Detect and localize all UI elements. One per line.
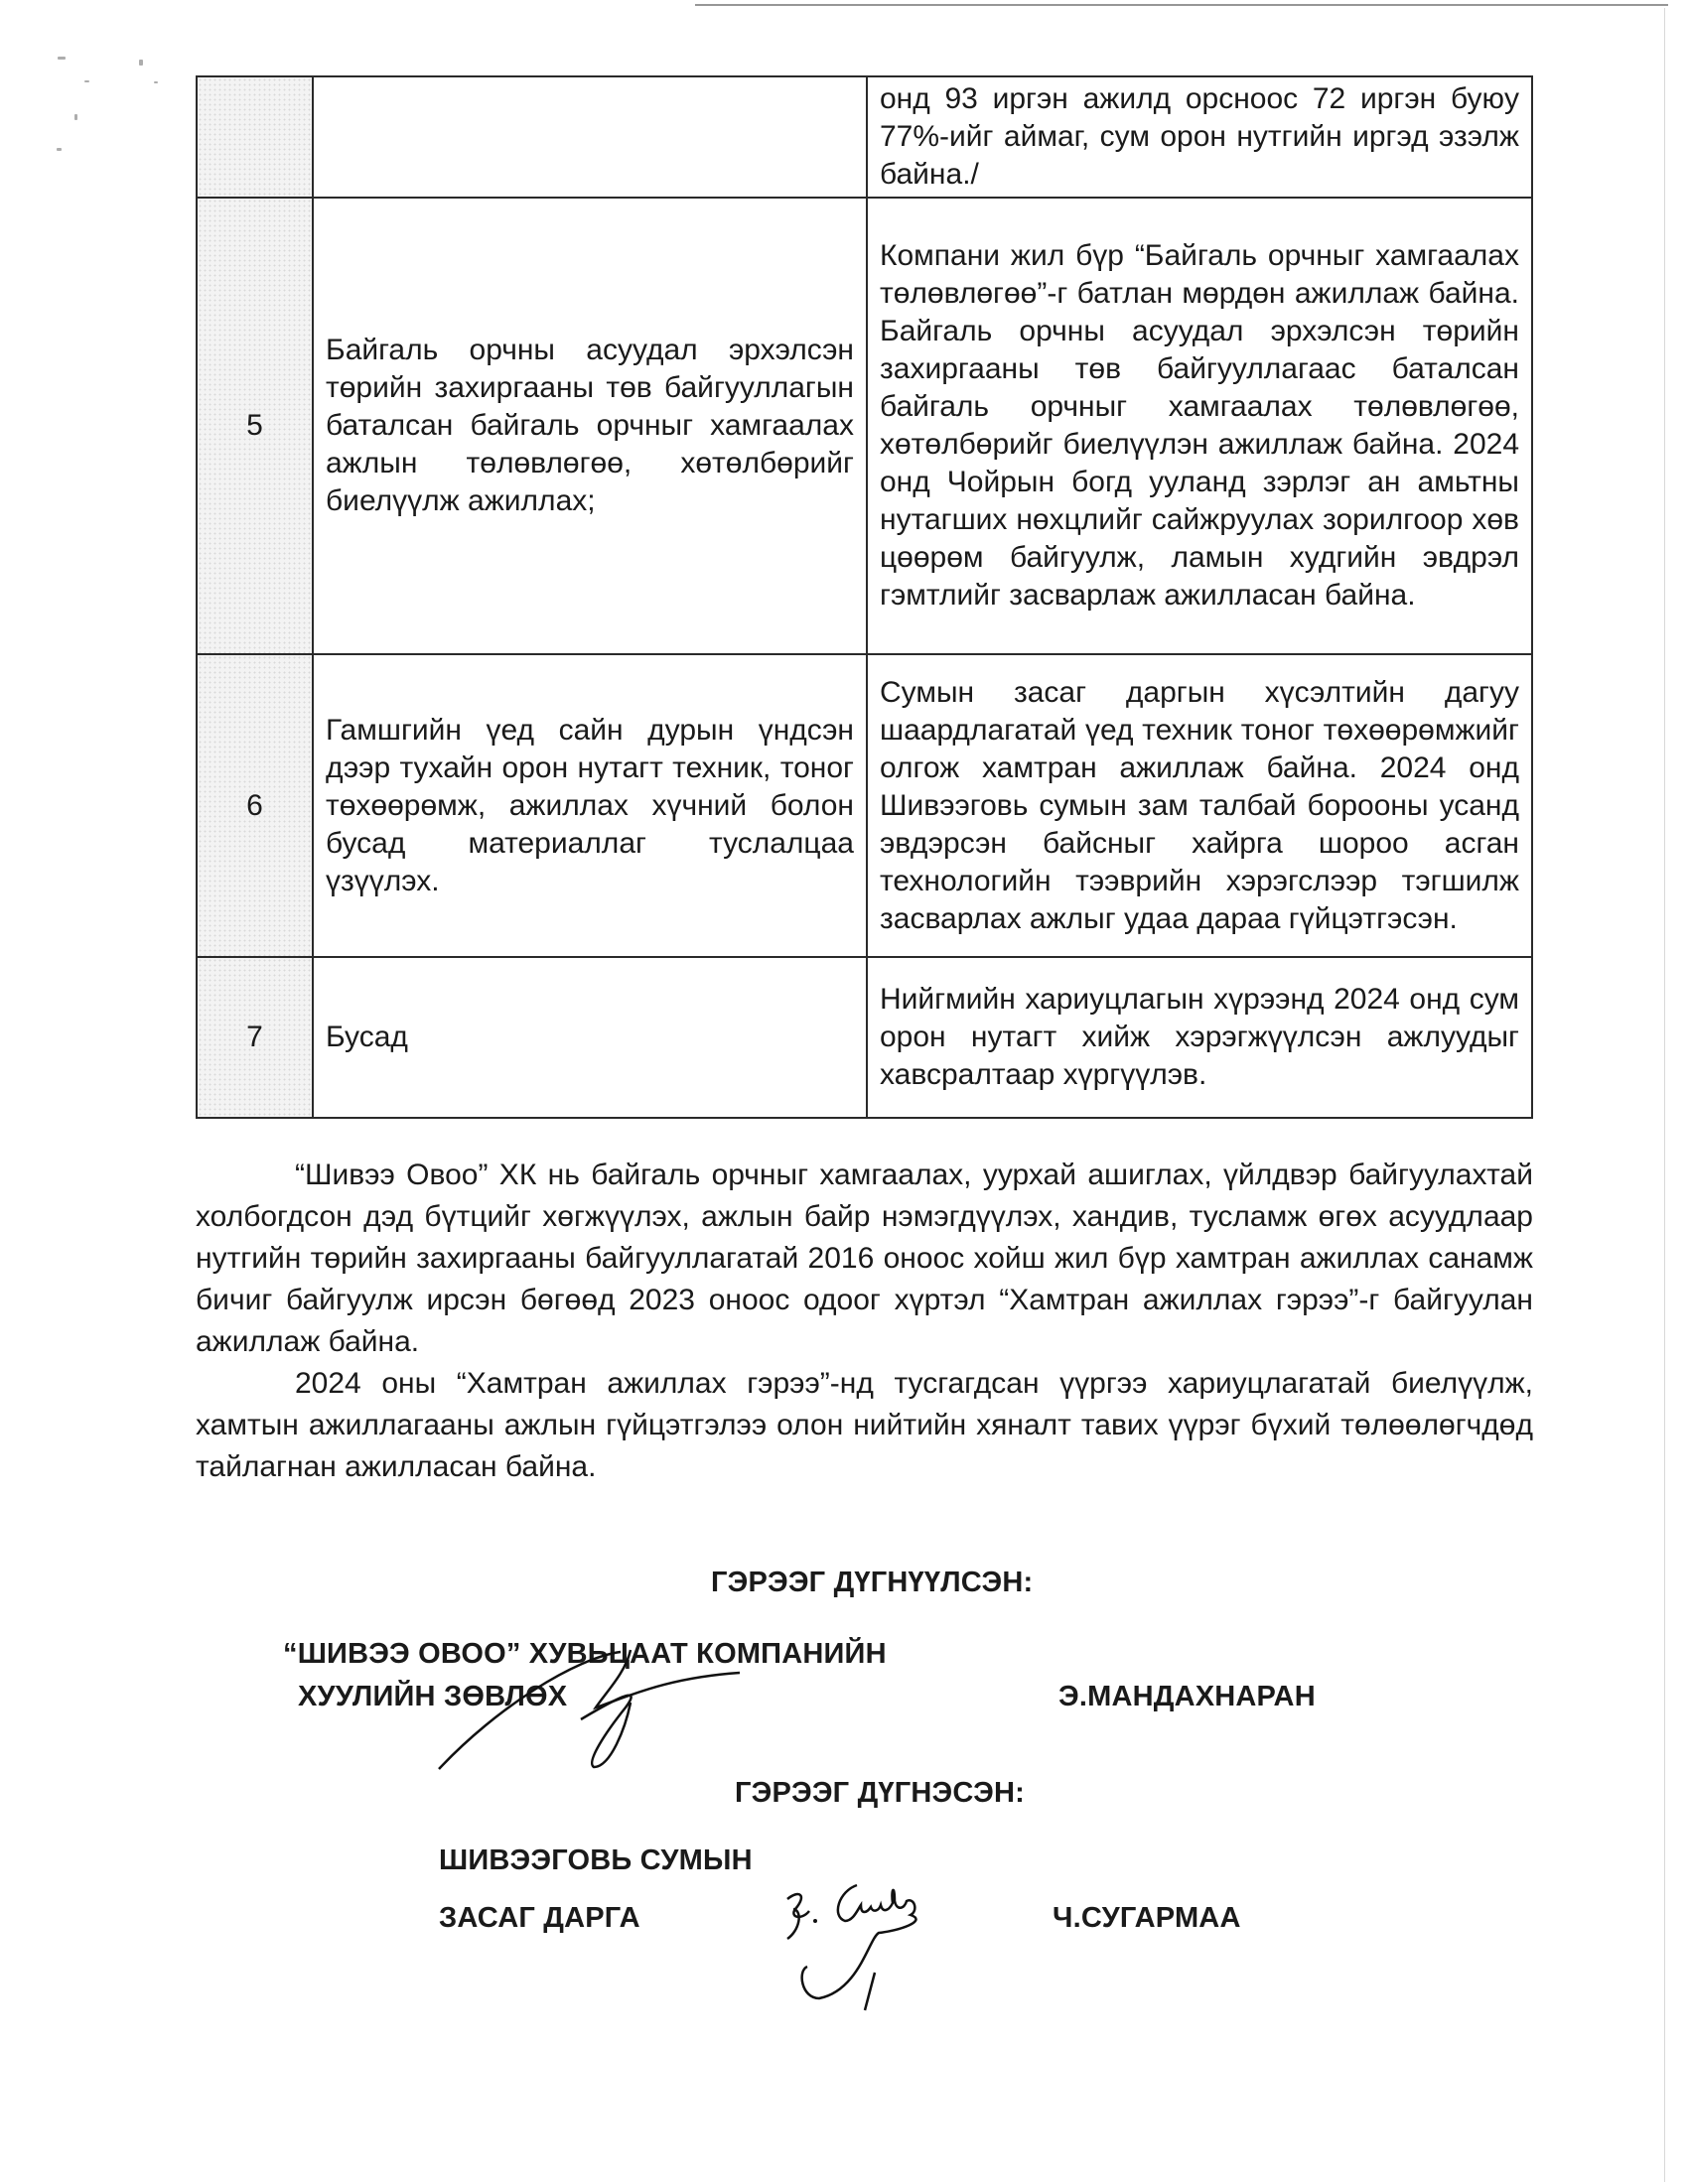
scan-edge-line — [1664, 8, 1665, 2182]
requirement-cell: Гамшгийн үед сайн дурын үндсэн дээр туха… — [313, 654, 867, 957]
body-paragraph: “Шивээ Овоо” ХК нь байгаль орчныг хамгаа… — [196, 1155, 1533, 1363]
scan-speck — [57, 148, 62, 151]
table-row: 7 Бусад Нийгмийн хариуцлагын хүрээнд 202… — [197, 957, 1532, 1118]
scan-speck — [154, 81, 158, 83]
scan-speck — [58, 57, 66, 60]
table-row: онд 93 иргэн ажилд орсноос 72 иргэн буюу… — [197, 76, 1532, 198]
signature-heading: ГЭРЭЭГ ДҮГНЭСЭН: — [735, 1777, 1025, 1810]
signatory-name: Э.МАНДАХНАРАН — [1058, 1681, 1316, 1713]
handwritten-signature — [427, 1648, 784, 1777]
scan-edge-line — [695, 4, 1668, 6]
row-number: 6 — [197, 654, 313, 957]
signatory-organization: ШИВЭЭГОВЬ СУМЫН — [439, 1844, 753, 1877]
requirement-cell: Бусад — [313, 957, 867, 1118]
scan-speck — [139, 60, 143, 66]
requirement-cell: Байгаль орчны асуудал эрхэлсэн төрийн за… — [313, 198, 867, 654]
signatory-title: ЗАСАГ ДАРГА — [439, 1902, 640, 1935]
row-number: 7 — [197, 957, 313, 1118]
action-cell: онд 93 иргэн ажилд орсноос 72 иргэн буюу… — [867, 76, 1532, 198]
handwritten-signature — [779, 1881, 978, 2015]
signatory-name: Ч.СУГАРМАА — [1053, 1902, 1241, 1935]
body-paragraph: 2024 оны “Хамтран ажиллах гэрээ”-нд тусг… — [196, 1363, 1533, 1488]
obligations-table: онд 93 иргэн ажилд орсноос 72 иргэн буюу… — [196, 75, 1533, 1119]
table-row: 5 Байгаль орчны асуудал эрхэлсэн төрийн … — [197, 198, 1532, 654]
requirement-cell — [313, 76, 867, 198]
action-cell: Компани жил бүр “Байгаль орчныг хамгаала… — [867, 198, 1532, 654]
scan-speck — [74, 114, 77, 120]
table-row: 6 Гамшгийн үед сайн дурын үндсэн дээр ту… — [197, 654, 1532, 957]
row-number: 5 — [197, 198, 313, 654]
action-cell: Нийгмийн хариуцлагын хүрээнд 2024 онд су… — [867, 957, 1532, 1118]
signature-heading: ГЭРЭЭГ ДҮГНҮҮЛСЭН: — [711, 1567, 1033, 1599]
scan-speck — [84, 80, 89, 82]
action-cell: Сумын засаг даргын хүсэлтийн дагуу шаард… — [867, 654, 1532, 957]
row-number — [197, 76, 313, 198]
